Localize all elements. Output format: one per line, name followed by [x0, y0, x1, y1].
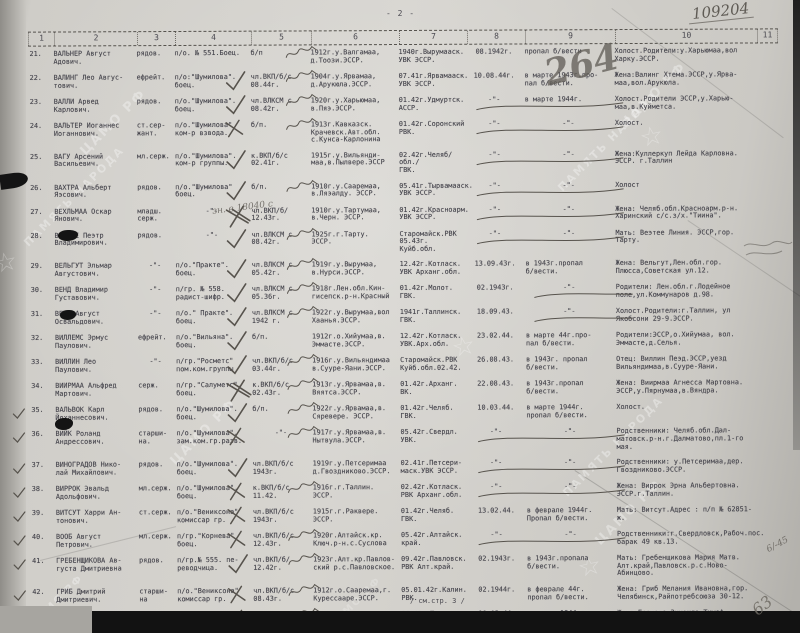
table-row: 25.ВАГУ Арсений Васильевич.мл.серж.п/о."…: [27, 150, 787, 177]
cell-row-number: 21.: [26, 51, 53, 67]
cell-loss-cause: -"-: [527, 459, 617, 475]
scanned-document-page: ЦАМО РФ ЦАМО РФ ЦАМО РФ ЦАМО РФ ЦАМО РФ …: [0, 0, 800, 633]
cell-party-membership: чл.ВКП/б/с 1943г.: [253, 509, 313, 525]
cell-relatives: Родственники: Челяб.обл.Дал- матовск.р-н…: [616, 428, 758, 452]
cell-row-number: 39.: [29, 510, 56, 526]
cell-drafted-by: 09.42г.Павловск. РВК Алт.край.: [401, 556, 469, 579]
cell-loss-cause: в феврале 44г. пропал б/вести.: [527, 586, 617, 602]
cell-unit: -"-: [175, 231, 251, 254]
cell-name: ВИНОГРАДОВ Нико- лай Михайлович.: [56, 462, 139, 478]
cell-party-membership: чл.ВЛКСМ с 05.42г.: [252, 262, 312, 278]
cell-party-membership: чл.ВКП/б/с 03.44г.: [252, 358, 312, 374]
cell-birth-year-place: 1916г.у.Вильяндимаа в.Сууре-Яани.ЭССР.: [312, 357, 400, 373]
cell-party-membership: б/п: [250, 50, 310, 66]
cell-relatives: Жена: Гриб Мелания Ивановна,гор. Челябин…: [617, 585, 759, 602]
cell-relatives: Жена:Валинг Хтема.ЭССР,у.Ярва- маа,вол.А…: [615, 71, 757, 88]
cell-drafted-by: 05.42г.Алтайск. край.: [401, 532, 469, 548]
cell-loss-cause: -"-: [525, 181, 615, 197]
cell-unit: п/о."Шумилова" ком-р взвода.: [175, 122, 251, 145]
cell-row-number: 35.: [28, 407, 55, 423]
cell-birth-year-place: 1913г.у.Ярвамаа,в. Вяятса.ЭССР.: [312, 381, 400, 397]
table-row: 31.ВЕНТ Август Освальдович.-"-п/о." Прак…: [28, 307, 788, 327]
cell-empty: [758, 307, 778, 323]
cell-rank: -"-: [138, 311, 176, 327]
cell-empty: [756, 47, 776, 63]
cell-name: ВИЛЛЕМС Эрмус Паулович.: [55, 335, 138, 351]
cell-row-number: 40.: [29, 534, 56, 550]
cell-loss-date: 22.08.43.: [468, 381, 526, 397]
cell-relatives: Холост.: [615, 119, 757, 143]
table-row: 39.ВИТСУТ Харри Ан- тонович.ст.серж.п/о.…: [29, 506, 789, 526]
cell-empty: [758, 331, 778, 347]
cell-rank: -"-: [138, 287, 176, 303]
cell-loss-cause: -"-: [525, 229, 615, 252]
cell-loss-cause: в феврале 1944г. Пропал б/вести.: [527, 507, 617, 523]
cell-row-number: 34.: [28, 383, 55, 399]
cell-unit: п/о."Вильяна". боец.: [176, 334, 252, 350]
cell-rank: мл.серж.: [139, 533, 177, 549]
cell-row-number: 28.: [27, 232, 54, 255]
cell-empty: [757, 181, 777, 197]
cell-name: ГРЕБЕНЩИКОВА Ав- густа Дмитриевна: [56, 558, 139, 581]
cell-party-membership: чл.ВКП/б/с 1943г.: [253, 461, 313, 477]
table-row: 41.ГРЕБЕНЩИКОВА Ав- густа Дмитриевнарядо…: [29, 554, 789, 581]
cell-drafted-by: 1941г.Таллинск. ГВК.: [400, 309, 468, 325]
cell-row-number: 23.: [27, 99, 54, 115]
cell-rank: -"-: [138, 263, 176, 279]
cell-birth-year-place: 1913г.Кавказск. Крачевск.Авт.обл. с.Кунс…: [311, 121, 399, 144]
cell-relatives: Отец: Виллин Пеэд.ЭССР,уезд Вильяндимаа,…: [616, 356, 758, 373]
cell-party-membership: к.ВКП/б/с 02.41г.: [251, 152, 311, 175]
cell-row-number: 22.: [27, 75, 54, 91]
cell-empty: [758, 403, 778, 419]
cell-relatives: Жена: Виирмаа Агнесса Мартовна. ЭССР,у.П…: [616, 380, 758, 397]
cell-birth-year-place: 1912г.о.Сааремаа,г. Курессааре.ЭССР.: [313, 587, 401, 603]
cell-rank: рядов.: [136, 50, 174, 66]
cell-row-number: 33.: [28, 359, 55, 375]
column-header-8: 8: [468, 30, 526, 43]
cell-empty: [757, 229, 777, 252]
table-row: 33.ВИЛЛИН Лео Паулович.-"-п/гр."Росметс"…: [28, 355, 788, 375]
cell-loss-date: -"-: [467, 182, 525, 198]
cell-rank: мл.серж.: [139, 485, 177, 501]
cell-relatives: Мать: Витсут.Адрес : п/п № 62851-ж.: [617, 506, 759, 523]
scan-bottom-band: [0, 611, 800, 633]
cell-drafted-by: 12.42г.Котласк. УВК.Арх.обл.: [400, 333, 468, 349]
cell-party-membership: чл.ВЛКСМ с 1942 г.: [252, 310, 312, 326]
cell-drafted-by: 01.42г.Удмуртск. АССР.: [399, 97, 467, 113]
cell-unit: п/о."Вениксона" комиссар гр.: [177, 588, 253, 604]
cell-row-number: 26.: [27, 184, 54, 200]
table-row: 36.ВИЙК Роланд Андрессович.старши- на.п/…: [28, 427, 788, 454]
cell-unit: п/о." Практе". боец.: [176, 310, 252, 326]
cell-empty: [758, 427, 778, 450]
column-header-3: 3: [138, 32, 176, 45]
cell-rank: ст.сер- жант.: [137, 122, 175, 145]
cell-loss-date: -"-: [469, 484, 527, 500]
cell-birth-year-place: 1923г.Алт.кр.Павлов- ский р.с.Павловское…: [313, 556, 401, 579]
cell-drafted-by: 01.42г.Соронский РВК.: [399, 121, 467, 144]
cell-loss-cause: -"-: [525, 205, 615, 221]
cell-birth-year-place: 1904г.у.Ярвамаа, д.Арукюла.ЭССР.: [311, 73, 399, 89]
cell-drafted-by: 05.42г.Свердл. УВК.: [400, 429, 468, 452]
cell-unit: п/гр."Росметс" пом.ком.группы: [176, 358, 252, 374]
table-row: 23.ВАЛЛИ Арвед Карлович.рядов.п/о."Шумил…: [27, 95, 787, 115]
table-row: 38.ВИРРОК Эвальд Адольфович.мл.серж.п/о.…: [29, 482, 789, 502]
cell-unit: п/о."Вениксона" комиссар гр.: [177, 509, 253, 525]
cell-rank: рядов.: [139, 461, 177, 477]
cell-rank: рядов.: [137, 184, 175, 200]
table-row: 28.ВЕЭТЕЕ Пеэтр Владимирович.рядов.-"-чл…: [27, 229, 787, 256]
table-row: 40.ВООБ Август Петрович.мл.серж.п/гр."Ко…: [29, 530, 789, 550]
cell-birth-year-place: 1917г.у.Ярвамаа,в. Нытвула.ЭССР.: [312, 429, 400, 452]
cell-loss-cause: -"-: [526, 284, 616, 300]
cell-name: ВИТСУТ Харри Ан- тонович.: [56, 510, 139, 526]
cell-empty: [758, 283, 778, 299]
cell-loss-cause: в марте 44г.про- пал б/вести.: [526, 332, 616, 348]
cell-birth-year-place: 1920г.Алтайск.кр. Ключ.р-н.с.Суслова: [313, 532, 401, 548]
cell-loss-date: 02.1944г.: [469, 586, 527, 602]
cell-unit: п/о."Практе". боец.: [176, 262, 252, 278]
cell-loss-cause: в 1943г.пропал б/вести.: [526, 260, 616, 276]
cell-empty: [757, 205, 777, 221]
cell-row-number: 24.: [27, 123, 54, 146]
cell-loss-date: -"-: [469, 460, 527, 476]
cell-drafted-by: Старомайск.РВК 05.43г. Куйб.обл.: [399, 230, 467, 253]
table-row: 32.ВИЛЛЕМС Эрмус Паулович.ефрейт.п/о."Ви…: [28, 331, 788, 351]
cell-relatives: Мать: Гребенщикова Мария Матв. Алт.край,…: [617, 554, 759, 578]
column-header-10: 10: [616, 29, 758, 43]
cell-loss-cause: в 1943г.пропал б/вести.: [526, 380, 616, 396]
cell-loss-date: -"-: [468, 429, 526, 452]
cell-unit: п/гр."Салуметс". боец.: [176, 382, 252, 398]
cell-loss-date: 13.02.44.: [469, 508, 527, 524]
cell-birth-year-place: 1918г.Лен.обл.Кин- гисепск.р-н.Красный: [312, 285, 400, 301]
cell-loss-cause: в 1943г.пропала б/вести.: [527, 555, 617, 578]
column-header-11: 11: [758, 29, 778, 42]
cell-rank: ефрейт.: [138, 335, 176, 351]
cell-empty: [758, 259, 778, 275]
cell-party-membership: к.ВКП/б/с 02.43г.: [252, 382, 312, 398]
cell-rank: рядов.: [138, 407, 176, 423]
column-header-5: 5: [252, 31, 312, 44]
cell-party-membership: чл.ВКП/б/с 08.43г.: [253, 587, 313, 603]
cell-relatives: Родственники: у.Петсеримаа,дер. Гвоздник…: [617, 458, 759, 475]
cell-party-membership: чл.ВЛКСМ с 08.42г.: [251, 231, 311, 254]
scan-right-edge: [793, 0, 800, 450]
cell-birth-year-place: 1925г.г.Тарту. ЭССР.: [311, 231, 399, 254]
cell-name: ВАЛИНГ Лео Авгус- тович.: [54, 74, 137, 90]
cell-rank: рядов.: [139, 557, 177, 580]
cell-unit: п/о:"Шумилова". боец.: [175, 74, 251, 90]
column-header-2: 2: [55, 32, 138, 45]
cell-relatives: Жена: Виррок Эрна Альбертовна. ЭССР.г.Та…: [617, 482, 759, 499]
cell-birth-year-place: 1912г.о.Хийумаа,в. Эммасте.ЭССР.: [312, 333, 400, 349]
cell-loss-date: 13.09.43г.: [468, 261, 526, 277]
cell-birth-year-place: 1920г.у.Харьюмаа, в.Пяэ.ЭССР.: [311, 97, 399, 113]
cell-birth-year-place: 1922г.у.Ярвамаа,в. Сяревере. ЭССР.: [312, 405, 400, 421]
cell-drafted-by: 01.42г.Красноарм. УВК ЭССР.: [399, 206, 467, 222]
cell-rank: младш. серж.: [137, 208, 175, 224]
cell-row-number: 37.: [29, 462, 56, 478]
column-header-1: 1: [28, 33, 55, 46]
cell-empty: [759, 482, 779, 498]
cell-loss-cause: -"-: [527, 531, 617, 547]
table-row: 29.ВЕЛЬГУТ Эльмар Августович.-"-п/о."Пра…: [28, 259, 788, 279]
cell-relatives: Мать: Веэтее Линия. ЭССР,гор. Тарту.: [615, 229, 757, 253]
cell-row-number: 29.: [28, 263, 55, 279]
cell-name: ВИЛЛИН Лео Паулович.: [55, 359, 138, 375]
column-header-4: 4: [176, 32, 252, 45]
cell-loss-date: 02.1943г.: [468, 285, 526, 301]
table-row: 22.ВАЛИНГ Лео Авгус- тович.ефрейт.п/о:"Ш…: [27, 71, 787, 91]
cell-unit: п/о."Шумилова". ком-р группы.: [175, 153, 251, 176]
cell-loss-date: -"-: [467, 151, 525, 174]
cell-row-number: 32.: [28, 335, 55, 351]
cell-row-number: 25.: [27, 154, 54, 177]
cell-drafted-by: Старомайск.РВК Куйб.обл.02.42.: [400, 357, 468, 373]
cell-rank: старши- на: [139, 588, 177, 604]
cell-loss-date: -"-: [467, 206, 525, 222]
table-row: 34.ВИИРМАА Альфред Мартович.серж.п/гр."С…: [28, 379, 788, 399]
cell-empty: [759, 506, 779, 522]
cell-relatives: Жена: Вельгут,Лен.обл.гор. Плюсса,Советс…: [616, 260, 758, 277]
cell-unit: п/о."Шумилова". боец.: [177, 461, 253, 477]
cell-row-number: 42.: [29, 589, 56, 605]
cell-party-membership: чл.ВКП/б/с 08.44г.: [251, 74, 311, 90]
cell-loss-date: 26.08.43.: [468, 357, 526, 373]
cell-row-number: 31.: [28, 311, 55, 327]
cell-party-membership: чл.ВЛКСМ с 05.36г.: [252, 286, 312, 302]
cell-party-membership: чл.ВКП/б/с 12.43г.: [253, 533, 313, 549]
scan-left-edge: [0, 0, 26, 611]
cell-relatives: Родители: Лен.обл.г.Лодейное поле,ул.Ком…: [616, 284, 758, 301]
cell-loss-date: -"-: [467, 120, 525, 143]
column-header-7: 7: [400, 31, 468, 44]
cell-unit: п/гр.№ 555. пе- реводчица.: [177, 557, 253, 580]
cell-drafted-by: 01.42г.Челяб. ГВК.: [401, 508, 469, 524]
cell-party-membership: чл.ВКП/б/ 12.42г.: [253, 557, 313, 580]
cell-rank: мл.серж.: [137, 153, 175, 176]
cell-rank: старши- на.: [138, 431, 176, 454]
cell-drafted-by: 02.42г.Челяб/обл./ ГВК.: [399, 151, 467, 174]
table-body: 21.ВАЛЬНЕР Август Адович.рядов.п/о. № 55…: [26, 47, 789, 633]
cell-birth-year-place: 1912г.у.Валгамаа, д.Тоози.ЭССР.: [310, 49, 398, 65]
cell-relatives: Жена: Челяб.обл.Красноарм.р-н. Харинский…: [615, 205, 757, 222]
cell-rank: рядов.: [137, 98, 175, 114]
cell-unit: п/о."Шумилова". боец.: [175, 98, 251, 114]
cell-unit: п/о."Шумилова" боец.: [175, 183, 251, 199]
cell-loss-date: -"-: [467, 96, 525, 112]
cell-name: ВАХТРА Альберт Яэсович.: [54, 184, 137, 200]
cell-birth-year-place: 1915г.у.Вильянди- маа,в.Пылвере.ЭССР: [311, 152, 399, 175]
column-header-6: 6: [312, 31, 400, 44]
cell-empty: [759, 554, 779, 577]
table-row: 35.ВАЛЬВОК Карл Йоханнесович.рядов.п/о."…: [28, 403, 788, 423]
cell-party-membership: б/п.: [251, 122, 311, 145]
cell-name: ВАЛЬТЕР Иоганнес Иоганнович.: [54, 122, 137, 145]
cell-drafted-by: 05.41г.Тырвамааск. УВК ЭССР.: [399, 182, 467, 198]
cell-birth-year-place: 1916г.г.Таллин. ЭССР.: [313, 484, 401, 500]
cell-empty: [757, 150, 777, 173]
cell-loss-cause: -"-: [526, 308, 616, 324]
cell-loss-date: 23.02.44.: [468, 333, 526, 349]
cell-party-membership: б/п.: [251, 183, 311, 199]
cell-name: ВЕНД Владимир Густавович.: [55, 287, 138, 303]
cell-name: ВАЛЬНЕР Август Адович.: [53, 50, 136, 66]
cell-relatives: Родственники:г.Свердловск,Рабоч.пос. бар…: [617, 530, 759, 547]
cell-unit: п/о."Шумилова". боец.: [176, 406, 252, 422]
cell-birth-year-place: 1919г.у.Вырумаа, в.Нурси.ЭССР.: [312, 261, 400, 277]
cell-unit: п/о. № 551.Боец.: [174, 50, 250, 66]
cell-loss-cause: в 1943г. пропал б/вести.: [526, 356, 616, 372]
cell-drafted-by: 07.41г.Ярвамааск. УВК ЭССР.: [399, 73, 467, 89]
cell-loss-cause: в марте 1944г.: [525, 96, 615, 112]
table-row: 30.ВЕНД Владимир Густавович.-"-п/гр. № 5…: [28, 283, 788, 303]
cell-empty: [758, 355, 778, 371]
cell-birth-year-place: 1915г.г.Раквере. ЭССР.: [313, 508, 401, 524]
paper-fold-corner: [0, 606, 92, 633]
cell-loss-cause: -"-: [527, 483, 617, 499]
cell-loss-date: 18.09.43.: [468, 309, 526, 325]
table-row: 21.ВАЛЬНЕР Август Адович.рядов.п/о. № 55…: [26, 47, 786, 67]
cell-birth-year-place: 1919г.у.Петсеримаа д.Гвоздниково.ЭССР.: [313, 460, 401, 476]
cell-empty: [757, 119, 777, 142]
cell-row-number: 30.: [28, 287, 55, 303]
cell-relatives: Холост.Родители:у.Харьюмаа,вол Харку.ЭСС…: [614, 47, 756, 64]
cell-unit: п/гр."Корнева" боец.: [177, 533, 253, 549]
cell-rank: ефрейт.: [137, 74, 175, 90]
cell-party-membership: чл.ВЛКСМ с 08.42г.: [251, 98, 311, 114]
cell-drafted-by: 02.41г.Петсери- маск.УВК ЭССР.: [401, 460, 469, 476]
cell-loss-date: 02.1943г.: [469, 556, 527, 579]
cell-empty: [758, 379, 778, 395]
cell-name: ВЕХЛЬМАА Оскар Янович.: [54, 208, 137, 224]
cell-empty: [757, 71, 777, 87]
cell-unit: п/гр. № 558. радист-шифр.: [176, 286, 252, 302]
table-row: 27.ВЕХЛЬМАА Оскар Янович.младш. серж.-"-…: [27, 205, 787, 225]
cell-relatives: Жена:Куллеркуп Лейда Карловна. ЭССР. г.Т…: [615, 150, 757, 174]
cell-unit: п/о."Шумилова". зам.ком.гр.разв.: [176, 430, 252, 453]
cell-rank: -"-: [138, 359, 176, 375]
cell-relatives: Родители:ЭССР,о.Хийумаа, вол. Эммасте,д.…: [616, 332, 758, 349]
cell-empty: [759, 458, 779, 474]
cell-empty: [757, 95, 777, 111]
cell-unit: п/о."Шумилова". боец.: [177, 485, 253, 501]
cell-relatives: Холост.Родители:г.Таллин, ул Якобсони 29…: [616, 308, 758, 325]
cell-loss-date: 10.03.44.: [468, 405, 526, 421]
cell-row-number: 27.: [27, 208, 54, 224]
cell-birth-year-place: 1910г.у.Тартумаа, в.Черн. ЭССР.: [311, 207, 399, 223]
cell-drafted-by: 01.42г.Молот. ГВК.: [400, 285, 468, 301]
cell-rank: рядов.: [137, 232, 175, 255]
cell-loss-date: -"-: [467, 230, 525, 253]
cell-loss-date: 08.1942г.: [466, 48, 524, 64]
cell-name: ВООБ Август Петрович.: [56, 534, 139, 550]
cell-loss-cause: -"-: [525, 120, 615, 143]
cell-name: ВЕЛЬГУТ Эльмар Августович.: [55, 263, 138, 279]
cell-loss-cause: в марте 1944г. пропал б/вести.: [526, 404, 616, 420]
cell-drafted-by: 01.42г.Челяб. ГВК.: [400, 405, 468, 421]
cell-rank: ст.серж.: [139, 509, 177, 525]
cell-drafted-by: 01.42г.Арханг. ВК.: [400, 381, 468, 397]
cell-rank: серж.: [138, 383, 176, 399]
cell-drafted-by: 1940г.Вырумааск. УВК ЭССР.: [398, 49, 466, 65]
cell-name: ВАГУ Арсений Васильевич.: [54, 153, 137, 176]
table-row: 26.ВАХТРА Альберт Яэсович.рядов.п/о."Шум…: [27, 181, 787, 201]
table-row: 37.ВИНОГРАДОВ Нико- лай Михайлович.рядов…: [29, 458, 789, 478]
cell-party-membership: б/п.: [252, 406, 312, 422]
typed-page-number: - 2 -: [386, 9, 415, 18]
cell-birth-year-place: 1922г.у.Вырумаа,вол Хаанья.ЭССР.: [312, 309, 400, 325]
cell-drafted-by: 12.42г.Котласк. УВК Арханг.обл.: [400, 261, 468, 277]
table-row: 24.ВАЛЬТЕР Иоганнес Иоганнович.ст.сер- ж…: [27, 119, 787, 146]
continuation-note: / см.стр. 3 /: [410, 597, 465, 605]
cell-party-membership: к.ВКП/б/с 11.42.: [253, 485, 313, 501]
cell-name: ВИИРМАА Альфред Мартович.: [55, 383, 138, 399]
cell-row-number: 41.: [29, 558, 56, 581]
cell-party-membership: -"-: [252, 430, 312, 453]
cell-relatives: Холост: [615, 181, 757, 198]
cell-party-membership: б/п.: [252, 334, 312, 350]
cell-loss-date: -"-: [469, 532, 527, 548]
cell-birth-year-place: 1910г.у.Сааремаа, в.Ляэалду. ЭССР.: [311, 183, 399, 199]
cell-loss-cause: -"-: [525, 151, 615, 174]
cell-row-number: 36.: [28, 431, 55, 454]
cell-relatives: Холост.: [616, 404, 758, 421]
cell-name: ВИЙК Роланд Андрессович.: [55, 431, 138, 454]
cell-name: ВИРРОК Эвальд Адольфович.: [56, 486, 139, 502]
cell-relatives: Холост.Родители ЭССР,у.Харью- маа,в.Куйм…: [615, 95, 757, 112]
cell-name: ГРИБ Дмитрий Дмитриевич.: [56, 588, 139, 604]
cell-loss-date: 10.08.44г.: [467, 72, 525, 88]
cell-drafted-by: 02.42г.Котласк. РВК Арханг.обл.: [401, 484, 469, 500]
cell-row-number: 38.: [29, 486, 56, 502]
cell-name: ВАЛЛИ Арвед Карлович.: [54, 98, 137, 114]
cell-loss-cause: -"-: [526, 428, 616, 451]
